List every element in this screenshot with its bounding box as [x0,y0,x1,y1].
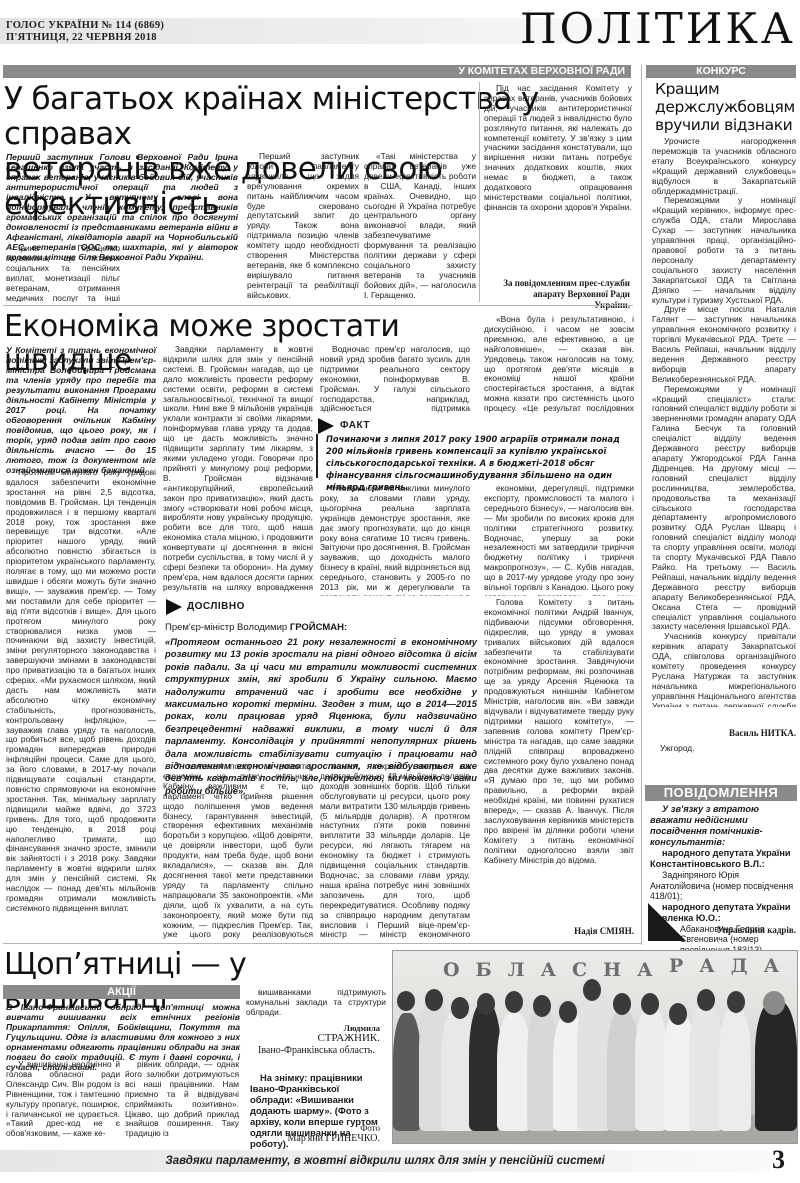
issue-number: ГОЛОС УКРАЇНИ № 114 (6869) [6,20,164,31]
fact-box: Починаючи з липня 2017 року 1900 аграрії… [316,434,634,478]
section-divider [3,305,633,306]
rubric-committees-text: У КОМІТЕТАХ ВЕРХОВНОЇ РАДИ [3,65,631,78]
article3-col1: У вишиванці неодмінно й голова обласної … [6,1060,120,1142]
notice-signature: Управління кадрів. [680,925,796,936]
sidebar-body: Урочисте нагородження переможців та учас… [652,137,796,707]
notice-rubric: ПОВІДОМЛЕННЯ [645,785,797,801]
article2-col5: Незважаючи на виклики минулого року, за … [320,484,470,596]
article1-col3: «Такі міністерства у справах ветеранів у… [364,152,476,302]
article3-author-last: СТРАЖНИК. [246,1032,380,1044]
article2-col8: номіки, зокрема вперше на досягла близьк… [320,762,470,940]
article1-col1b [125,244,239,302]
article1-col1: Ірина Геращенко зауважила, що питання со… [6,244,120,302]
article2-col9: Голова Комітету з питань економічної пол… [484,598,634,898]
column-divider [479,82,480,302]
article2-signature: Надія СМІЯН. [500,926,634,937]
photo-banner-right: РАДА [669,955,795,977]
fact-label: ФАКТ [340,420,370,431]
article2-col3: Водночас прем'єр наголосив, що новий уря… [320,345,470,415]
article3-region: Івано-Франківська область. [258,1045,378,1057]
rubric-contest: КОНКУРС [646,65,796,78]
group-photo: ОБЛАСНА РАДА [392,950,798,1144]
quote-label: ДОСЛІВНО [187,601,245,612]
footer-tagline: Завдяки парламенту, в жовтні відкрили шл… [0,1150,770,1172]
article2-col4: «Вона була і результативною, і дискусійн… [484,315,634,415]
photo-credit-name: Мар'яни ГРИНЕЧКО. [246,1133,380,1144]
article3-col2: рівник облради, — однак його залюбки дот… [125,1060,239,1142]
rubric-actions: АКЦІЇ [3,985,240,999]
article2-col1: Протягом минулого року урядові вдалося з… [6,468,156,940]
sidebar-place: Ужгород. [660,744,780,756]
photo-credit-label: Фото [246,1124,380,1133]
article2-col6: економіки, дерегуляції, підтримки експор… [484,484,634,596]
footer-bar: Завдяки парламенту, в жовтні відкрили шл… [0,1150,770,1172]
article2-col2: Завдяки парламенту в жовтні відкрили шля… [163,345,313,593]
article3-col3: вишиванками підтримують комунальні закла… [246,988,386,1024]
article2-lead: У Комітеті з питань економічної політики… [6,345,156,475]
quote-arrow-icon [166,599,182,615]
fact-arrow-icon [318,418,334,434]
sidebar-signature: Василь НИТКА. [650,728,796,739]
sidebar-headline: Кращим держслужбовцям вручили відзнаки [655,80,795,134]
issue-date: П'ЯТНИЦЯ, 22 ЧЕРВНЯ 2018 [6,32,157,43]
article1-col2: Перший заступник голови парламенту заува… [247,152,359,302]
article2-col7: У контексті послуги в розвитку економіки… [163,762,313,940]
section-divider-2 [3,943,641,944]
page-number: 3 [772,1145,785,1175]
article1-col4: Під час засідання Комітету у справах вет… [484,84,632,276]
photo-banner-left: ОБЛАСНА [443,959,669,981]
section-title: ПОЛІТИКА [520,8,796,50]
article1-signature: За повідомленням прес-служби апарату Вер… [500,278,630,311]
sidebar-divider [641,65,642,945]
quote-speaker: Прем'єр-міністр Володимир ГРОЙСМАН: [165,622,475,633]
